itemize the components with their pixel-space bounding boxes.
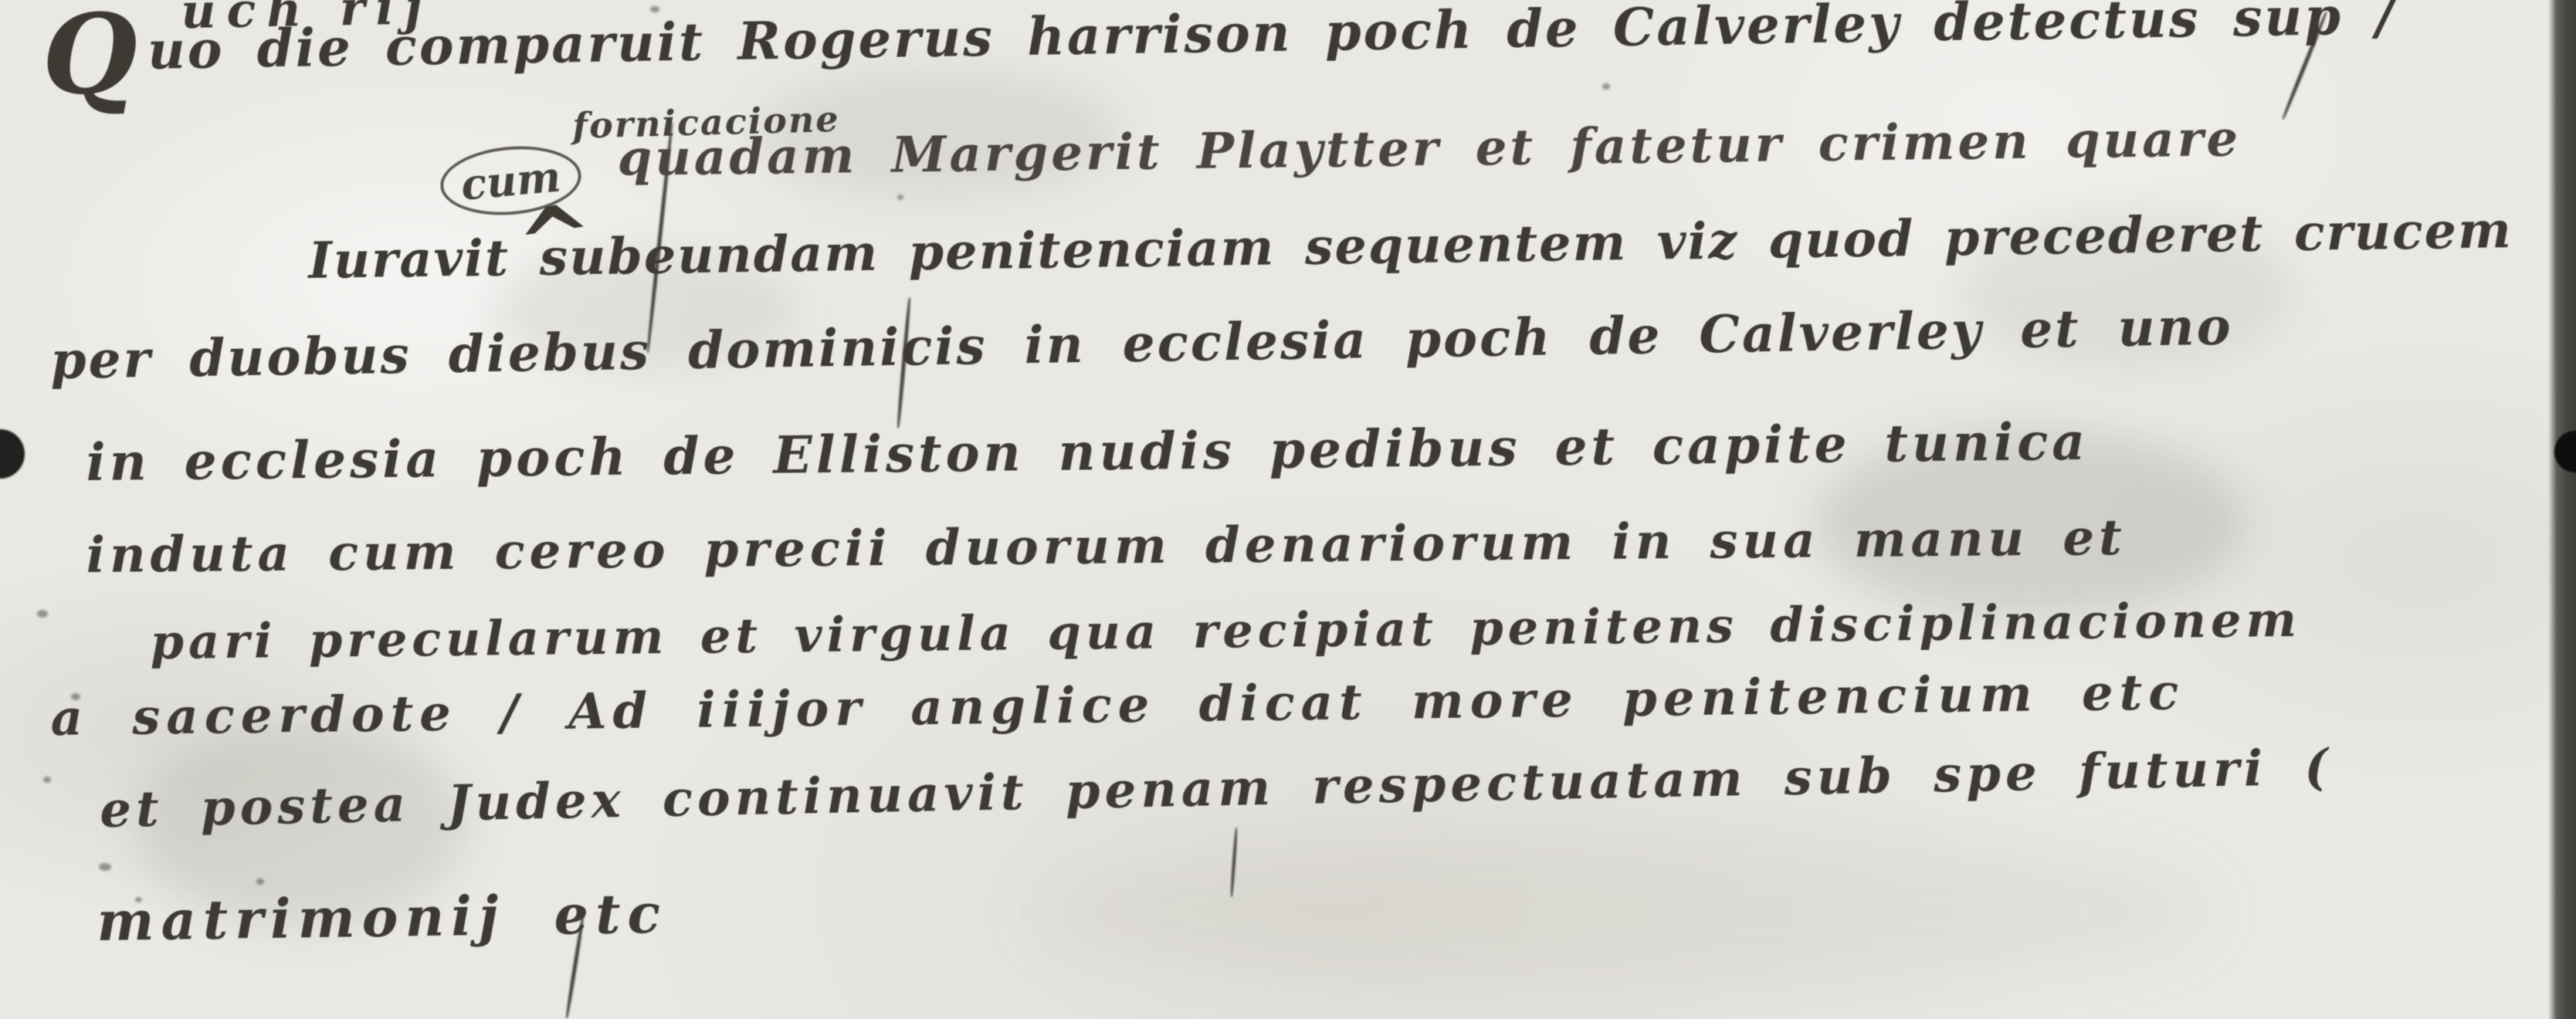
bleedthrough-ghost [1035,830,2208,992]
decorated-initial: Q [41,0,141,120]
ink-speck [37,610,48,618]
manuscript-line-10: matrimonij etc [97,882,668,953]
manuscript-line-6: induta cum cereo precii duorum denarioru… [86,509,2127,584]
manuscript-line-7: pari precularum et virgula qua recipiat … [150,591,2301,670]
ink-speck [1602,83,1610,90]
manuscript-line-8: a sacerdote / Ad iiijor anglice dicat mo… [50,663,2185,747]
pen-flourish [1230,828,1238,897]
line1-text: uo die comparuit Rogerus harrison poch d… [147,0,2397,81]
manuscript-page: uch rij Quo die comparuit Rogerus harris… [0,0,2576,1019]
ink-speck [256,879,264,885]
ink-speck [43,777,51,783]
manuscript-line-3: Iuravit subeundam penitenciam sequentem … [308,201,2513,290]
ink-speck [99,863,111,871]
manuscript-line-2: quadam Margerit Playtter et fatetur crim… [617,110,2241,188]
manuscript-line-5: in ecclesia poch de Elliston nudis pedib… [86,411,2089,493]
punch-hole-left [0,429,25,479]
ink-speck [897,195,903,200]
scan-edge-band [2548,0,2576,1019]
manuscript-line-9: et postea Judex continuavit penam respec… [100,738,2334,839]
manuscript-line-4: per duobus diebus dominicis in ecclesia … [50,296,2233,391]
